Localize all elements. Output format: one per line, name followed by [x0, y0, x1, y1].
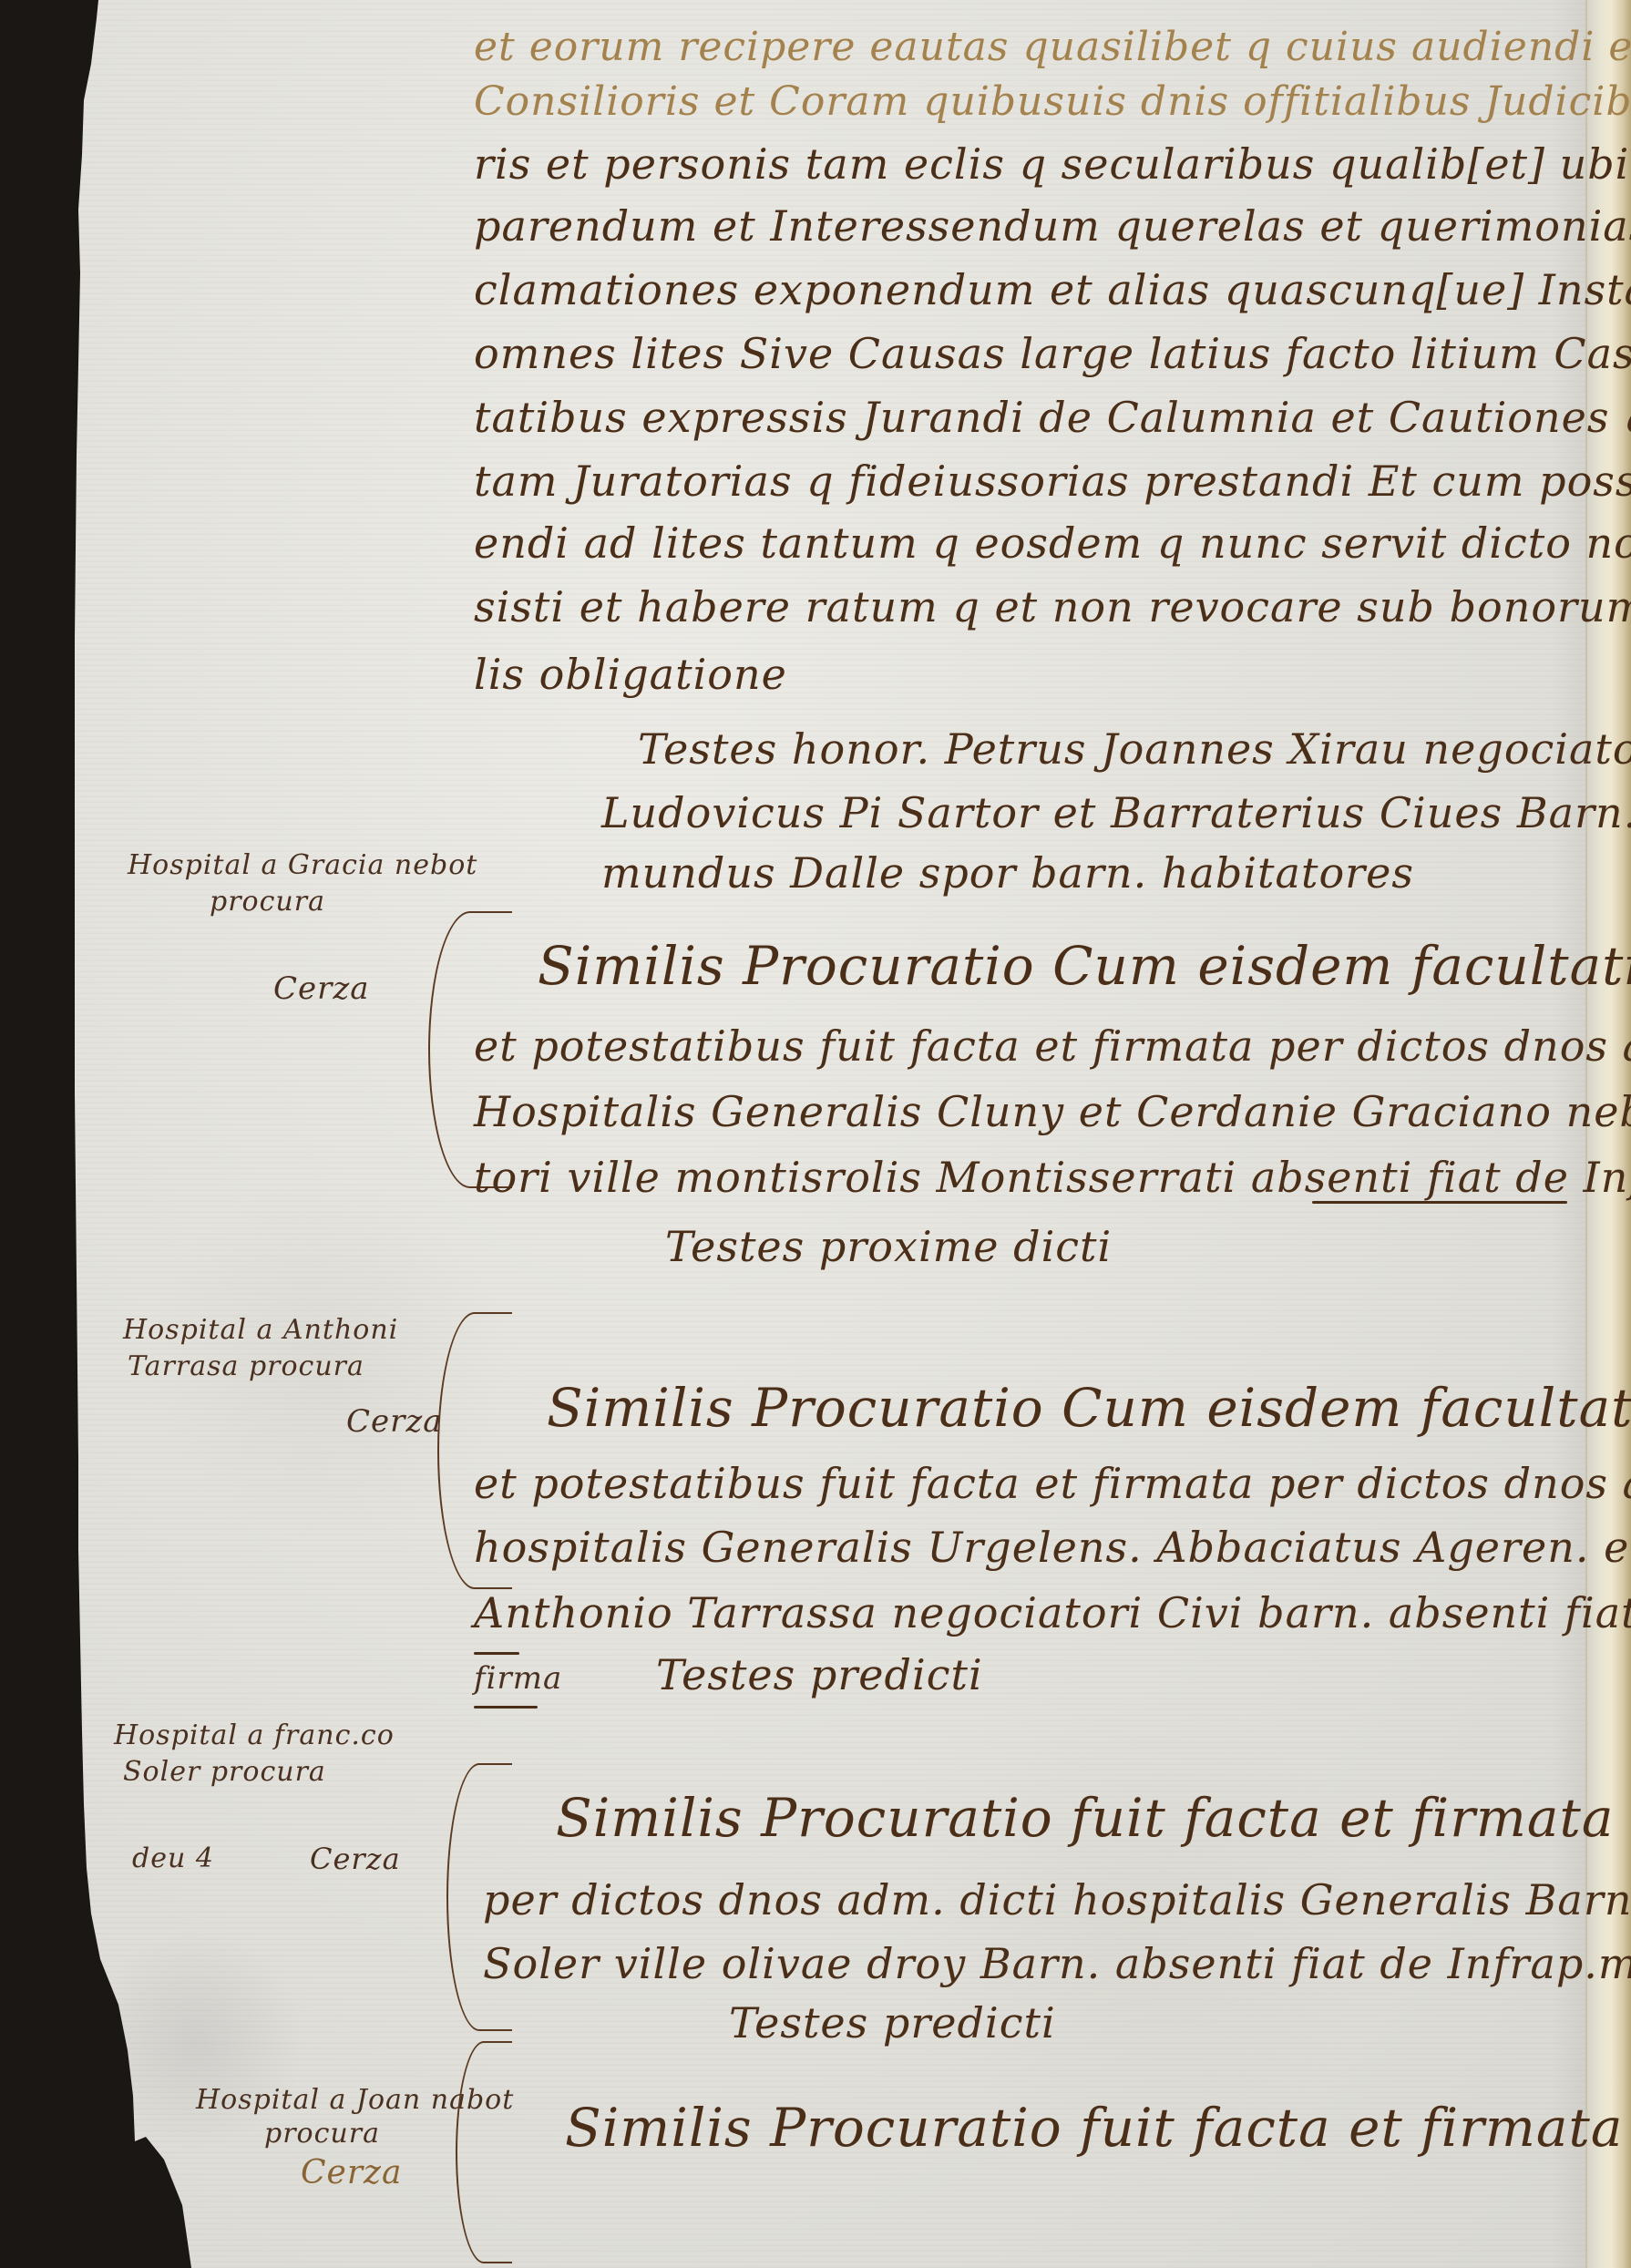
witness-line: mundus Dalle spor barn. habitatores [601, 846, 1414, 900]
margin-note: Hospital a Gracia nebot [128, 847, 477, 884]
entry-line: tori ville montisrolis Montisserrati abs… [474, 1150, 1631, 1205]
entry-line: et potestatibus fuit facta et firmata pe… [474, 1019, 1631, 1073]
text-line: endi ad lites tantum q eosdem q nunc ser… [474, 516, 1631, 570]
entry-heading: Similis Procuratio fuit facta et firmata [556, 1786, 1614, 1850]
margin-note: Hospital a Anthoni [123, 1312, 398, 1349]
entry-line: Soler ville olivae droy Barn. absenti fi… [483, 1936, 1631, 1991]
entry-line: et potestatibus fuit facta et firmata pe… [474, 1456, 1631, 1511]
witness-line: Ludovicus Pi Sartor et Barraterius Ciues… [601, 785, 1631, 840]
witness-line: Testes honor. Petrus Joannes Xirau negoc… [638, 722, 1631, 776]
side-mark: firma [474, 1660, 562, 1697]
underline-stroke [1312, 1201, 1567, 1204]
underline-stroke [474, 1652, 519, 1655]
entry-line: Anthonio Tarrassa negociatori Civi barn.… [474, 1586, 1631, 1640]
text-line: clamationes exponendum et alias quascunq… [474, 262, 1631, 317]
text-line: tam Juratorias q fideiussorias prestandi… [474, 454, 1631, 508]
margin-note: Hospital a franc.co [114, 1718, 395, 1754]
text-line: ris et personis tam eclis q secularibus … [474, 137, 1631, 191]
margin-note: Tarrasa procura [128, 1349, 364, 1385]
margin-note: procura [264, 2116, 380, 2152]
manuscript-scan: et eorum recipere eautas quasilibet q cu… [0, 0, 1631, 2268]
entry-heading: Similis Procuratio Cum eisdem facultatib… [538, 934, 1631, 998]
text-line: et eorum recipere eautas quasilibet q cu… [474, 20, 1631, 75]
entry-heading: Similis Procuratio Cum eisdem facultatib… [547, 1376, 1631, 1440]
margin-status: Cerza [301, 2155, 403, 2191]
text-line: lis obligatione [474, 647, 787, 702]
witness-line: Testes proxime dicti [665, 1219, 1112, 1274]
margin-note: Soler procura [123, 1754, 326, 1791]
margin-status: Cerza [346, 1403, 443, 1440]
underline-stroke [474, 1706, 538, 1709]
text-line: sisti et habere ratum q et non revocare … [474, 580, 1631, 634]
text-line: omnes lites Sive Causas large latius fac… [474, 326, 1631, 381]
witness-line: Testes predicti [729, 1996, 1056, 2050]
entry-bracket [456, 2041, 512, 2263]
entry-heading: Similis Procuratio fuit facta et firmata [565, 2096, 1623, 2160]
entry-line: Hospitalis Generalis Cluny et Cerdanie G… [474, 1084, 1631, 1139]
witness-line: Testes predicti [656, 1647, 983, 1702]
entry-line: hospitalis Generalis Urgelens. Abbaciatu… [474, 1520, 1631, 1575]
text-line: Consilioris et Coram quibusuis dnis offi… [474, 75, 1631, 129]
margin-extra: deu 4 [132, 1841, 214, 1877]
entry-line: per dictos dnos adm. dicti hospitalis Ge… [483, 1873, 1631, 1927]
margin-status: Cerza [273, 970, 370, 1007]
margin-note: procura [210, 884, 325, 920]
margin-status: Cerza [310, 1841, 401, 1877]
text-line: parendum et Interessendum querelas et qu… [474, 199, 1631, 253]
text-line: tatibus expressis Jurandi de Calumnia et… [474, 390, 1631, 445]
